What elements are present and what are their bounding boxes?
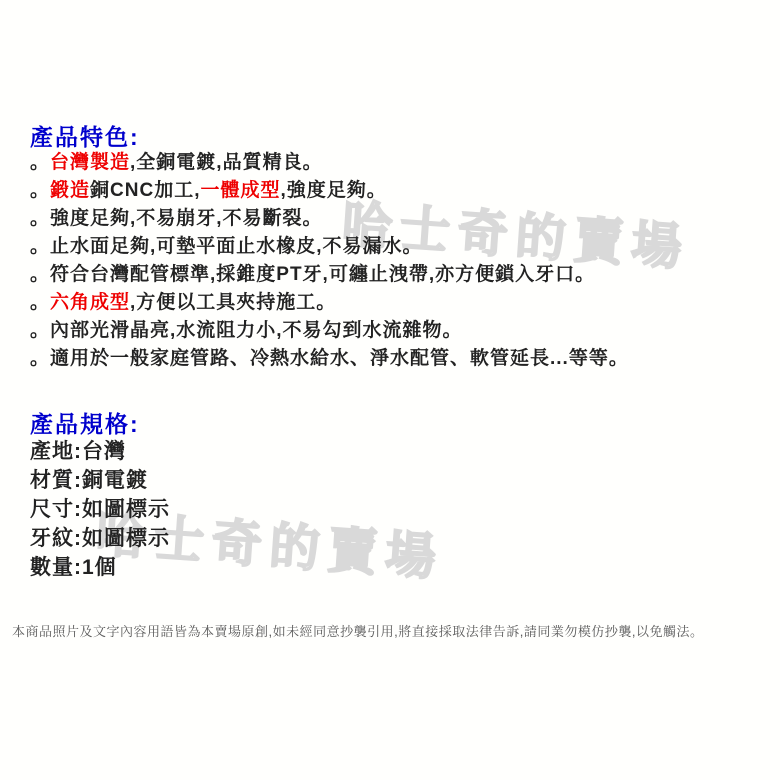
- feature-segment: 。強度足夠,不易崩牙,不易斷裂。: [30, 208, 323, 229]
- feature-segment: 台灣製造: [50, 152, 130, 173]
- feature-list: 。台灣製造,全銅電鍍,品質精良。。鍛造銅CNC加工,一體成型,強度足夠。。強度足…: [30, 149, 629, 373]
- feature-segment: 。符合台灣配管標準,採錐度PT牙,可纏止洩帶,亦方便鎖入牙口。: [30, 264, 595, 285]
- spec-line: 尺寸:如圖標示: [30, 495, 170, 524]
- feature-segment: ,方便以工具夾持施工。: [130, 292, 336, 313]
- feature-segment: 。: [30, 292, 50, 313]
- spec-line: 數量:1個: [30, 553, 170, 582]
- feature-line: 。內部光滑晶亮,水流阻力小,不易勾到水流雜物。: [30, 317, 629, 345]
- copyright-disclaimer: 本商品照片及文字內容用語皆為本賣場原創,如未經同意抄襲引用,將直接採取法律告訴,…: [12, 621, 703, 640]
- feature-line: 。鍛造銅CNC加工,一體成型,強度足夠。: [30, 177, 629, 205]
- spec-list: 產地:台灣材質:銅電鍍尺寸:如圖標示牙紋:如圖標示數量:1個: [30, 437, 170, 582]
- feature-segment: 一體成型: [200, 180, 280, 201]
- feature-line: 。符合台灣配管標準,採錐度PT牙,可纏止洩帶,亦方便鎖入牙口。: [30, 261, 629, 289]
- feature-line: 。六角成型,方便以工具夾持施工。: [30, 289, 629, 317]
- feature-segment: 。止水面足夠,可墊平面止水橡皮,不易漏水。: [30, 236, 423, 257]
- feature-segment: 。: [30, 152, 50, 173]
- feature-segment: 。內部光滑晶亮,水流阻力小,不易勾到水流雜物。: [30, 320, 463, 341]
- feature-line: 。止水面足夠,可墊平面止水橡皮,不易漏水。: [30, 233, 629, 261]
- feature-segment: 銅CNC加工,: [90, 180, 200, 201]
- spec-line: 牙紋:如圖標示: [30, 524, 170, 553]
- feature-segment: 。適用於一般家庭管路、冷熱水給水、淨水配管、軟管延長...等等。: [30, 348, 629, 369]
- spec-line: 材質:銅電鍍: [30, 466, 170, 495]
- feature-segment: 鍛造: [50, 180, 90, 201]
- feature-line: 。適用於一般家庭管路、冷熱水給水、淨水配管、軟管延長...等等。: [30, 345, 629, 373]
- feature-line: 。台灣製造,全銅電鍍,品質精良。: [30, 149, 629, 177]
- feature-segment: ,全銅電鍍,品質精良。: [130, 152, 323, 173]
- feature-segment: ,強度足夠。: [281, 180, 387, 201]
- feature-line: 。強度足夠,不易崩牙,不易斷裂。: [30, 205, 629, 233]
- feature-segment: 六角成型: [50, 292, 130, 313]
- spec-line: 產地:台灣: [30, 437, 170, 466]
- features-section-heading: 產品特色:: [30, 119, 140, 152]
- specs-section-heading: 產品規格:: [30, 406, 140, 439]
- feature-segment: 。: [30, 180, 50, 201]
